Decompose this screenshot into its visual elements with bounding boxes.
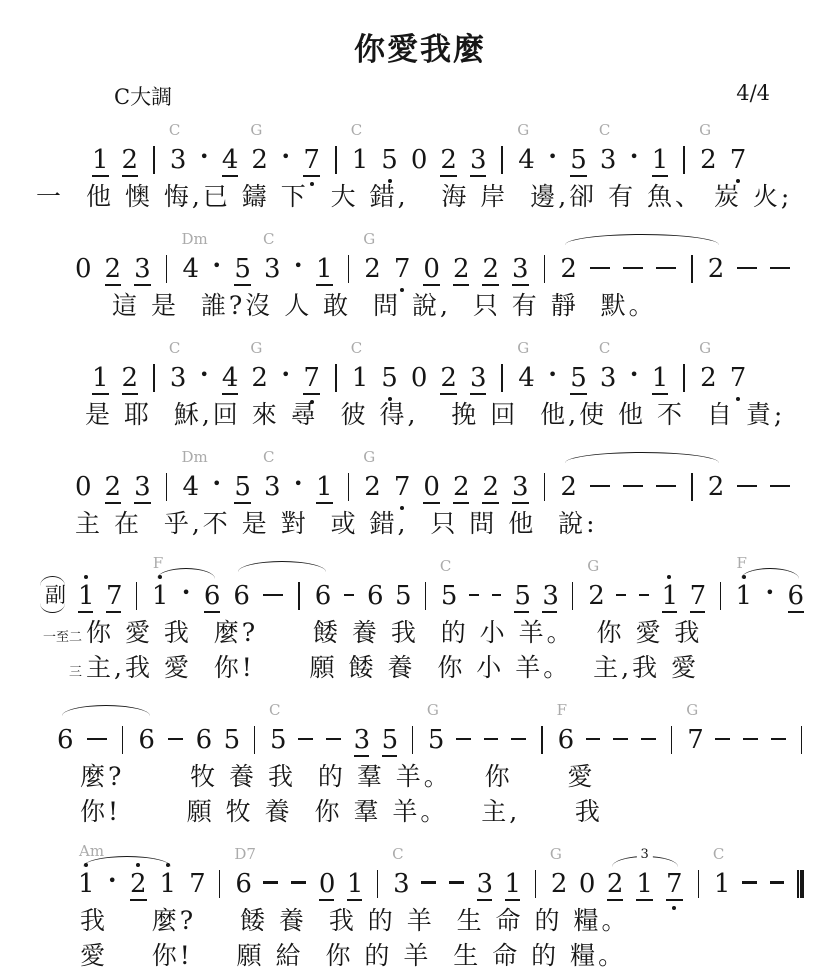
note-digit: 6 — [233, 581, 250, 611]
note: 2 — [482, 256, 499, 286]
note-digit: 0 — [423, 472, 440, 502]
note: 2G — [364, 256, 381, 283]
note: 0 — [75, 256, 92, 283]
note: 5 — [234, 474, 251, 504]
note: 6 — [57, 727, 74, 754]
notes-row: 123C•42G•71C50234G•53C•12G7 — [36, 113, 804, 177]
note: 2 — [440, 147, 457, 177]
note-digit: 3 — [170, 363, 187, 393]
barline — [348, 255, 350, 283]
note: 6 — [788, 583, 805, 613]
tie-group: 22 — [560, 467, 724, 501]
barline — [166, 255, 168, 283]
duration-dash — [771, 738, 786, 740]
chord-label: C — [269, 703, 280, 719]
tuplet-number: 3 — [637, 848, 653, 862]
note: 3 — [477, 871, 492, 901]
note-digit: 7 — [690, 581, 707, 611]
note: 1 — [505, 871, 520, 901]
duration-dash — [344, 594, 354, 596]
note: 1C — [352, 365, 369, 392]
duration-dash — [770, 267, 790, 269]
lyric-text: 你! 願 牧 養 你 羣 羊。 主, 我 — [80, 798, 603, 827]
note-digit: 1 — [92, 363, 109, 393]
note: 1C — [352, 147, 369, 174]
lyric-row: 我 麼? 餧 養 我 的 羊 生 命 的 糧。 — [36, 907, 804, 936]
note-digit: 3 — [264, 254, 281, 284]
note: 2G — [700, 147, 717, 174]
lyric-row: 你! 願 牧 養 你 羣 羊。 主, 我 — [36, 798, 804, 827]
note: 1 — [652, 365, 669, 395]
note-digit: 4 — [518, 145, 535, 175]
note: 7 — [394, 256, 411, 283]
lyric-row: 是 耶 穌,回 來 尋 彼 得, 挽 回 他,使 他 不 自 責; — [36, 401, 804, 430]
note: 2 — [560, 474, 577, 501]
meta-row: C大調 4/4 — [36, 81, 804, 111]
note-digit: 5 — [381, 363, 398, 393]
note-digit: 1 — [92, 145, 109, 175]
duration-dash — [469, 594, 479, 596]
note: 1 — [92, 147, 109, 177]
barline — [671, 726, 672, 754]
note: 3C — [264, 256, 281, 283]
note-digit: 3 — [600, 363, 617, 393]
chord-label: G — [517, 123, 529, 139]
duration-dash — [613, 738, 628, 740]
barline — [801, 726, 802, 754]
note-digit: 4 — [518, 363, 535, 393]
note: 7 — [394, 474, 411, 501]
octave-dot-low — [310, 182, 314, 186]
note: 2G — [588, 583, 603, 610]
note: 5 — [395, 583, 410, 610]
note-digit: 3 — [512, 472, 529, 502]
barline — [348, 473, 350, 501]
barline — [153, 146, 155, 174]
note-digit: 2 — [482, 472, 499, 502]
note: 2 — [122, 147, 139, 177]
duration-dash — [263, 594, 283, 596]
lyric-text: 他 懊 悔,已 鑄 下 大 錯, 海 岸 邊,卻 有 魚、 炭 火; — [86, 183, 792, 212]
note: 3C — [600, 147, 617, 174]
duration-dash — [326, 738, 341, 740]
note-digit: 2 — [122, 145, 139, 175]
note: 4Dm — [182, 256, 199, 283]
note-digit: 1 — [652, 145, 669, 175]
dot-separator: • — [294, 476, 303, 493]
duration-dash — [623, 267, 643, 269]
note-digit: 4 — [182, 472, 199, 502]
notes-row: 0234Dm•53C•12G7022322 — [36, 222, 804, 286]
chord-label: C — [713, 847, 724, 863]
barline — [122, 726, 124, 754]
note: 4G — [518, 147, 535, 174]
note: 1 — [636, 871, 653, 901]
note-digit: 7 — [303, 363, 320, 393]
note: 1 — [316, 474, 333, 504]
note-digit: 4 — [222, 145, 239, 175]
dot-separator: • — [212, 476, 221, 493]
dot-separator: • — [108, 873, 117, 890]
note-digit: 7 — [189, 869, 206, 899]
note: 2 — [708, 474, 725, 501]
note: 3 — [134, 256, 151, 286]
note: 5 — [381, 365, 398, 392]
chord-label: C — [392, 847, 403, 863]
barline — [572, 582, 573, 610]
barline — [335, 146, 337, 174]
duration-dash — [742, 881, 757, 883]
octave-dot-low — [388, 397, 392, 401]
note-digit: 1 — [160, 869, 177, 899]
octave-dot-high — [166, 863, 170, 867]
note-digit: 5 — [234, 254, 251, 284]
barline — [136, 582, 137, 610]
notes-row: 66655C355G6F7G — [36, 693, 804, 757]
note-digit: 7 — [730, 363, 747, 393]
chord-label: C — [263, 450, 274, 466]
chord-label: C — [351, 341, 362, 357]
note: 1 — [160, 871, 177, 898]
note-digit: 6 — [558, 725, 575, 755]
note-digit: 2 — [364, 472, 381, 502]
note-digit: 1 — [652, 363, 669, 393]
duration-dash — [511, 738, 526, 740]
note-digit: 3 — [354, 725, 371, 755]
note: 6 — [204, 583, 221, 613]
note-digit: 3 — [600, 145, 617, 175]
note-digit: 3 — [477, 869, 494, 899]
score-line: 副17F1•666655C532G17F1•6一至二你 愛 我 麼? 餧 養 我… — [36, 549, 804, 683]
score-line: 123C•42G•71C50234G•53C•12G7一他 懊 悔,已 鑄 下 … — [36, 113, 804, 212]
note-digit: 5 — [382, 725, 399, 755]
note-digit: 2 — [453, 254, 470, 284]
note: 6 — [315, 583, 332, 610]
barline — [254, 726, 255, 754]
note: 7 — [303, 365, 320, 395]
duration-dash — [656, 267, 676, 269]
lyric-text: 麼? 牧 養 我 的 羣 羊。 你 愛 — [80, 763, 595, 792]
note-digit: 2 — [122, 363, 139, 393]
score-line: 0234Dm•53C•12G7022322主 在 乎,不 是 對 或 錯, 只 … — [36, 440, 804, 539]
note-digit: 2 — [482, 254, 499, 284]
note: 2 — [122, 365, 139, 395]
note-digit: 6 — [57, 725, 74, 755]
note-digit: 2 — [440, 145, 457, 175]
dot-separator: • — [181, 585, 190, 602]
note-digit: 2 — [588, 581, 605, 611]
chord-label: G — [250, 341, 262, 357]
note: 2 — [440, 365, 457, 395]
duration-dash — [449, 881, 464, 883]
note: 0 — [411, 365, 428, 392]
verse-label: 一 — [36, 183, 82, 212]
note: 2G — [364, 474, 381, 501]
note: 6F — [558, 727, 573, 754]
note: 2 — [453, 474, 470, 504]
note: 3C — [170, 147, 187, 174]
note-digit: 3 — [170, 145, 187, 175]
note-digit: 0 — [423, 254, 440, 284]
barline — [501, 146, 503, 174]
note: 4G — [518, 365, 535, 392]
octave-dot-high — [742, 575, 746, 579]
chord-label: G — [587, 559, 599, 575]
note-digit: 4 — [182, 254, 199, 284]
octave-dot-high — [667, 575, 671, 579]
note-digit: 3 — [512, 254, 529, 284]
note: 0 — [319, 871, 334, 901]
chord-label: F — [737, 556, 747, 572]
dot-separator: • — [199, 367, 208, 384]
note: 6 — [367, 583, 382, 610]
note-digit: 2 — [453, 472, 470, 502]
chord-label: G — [699, 123, 711, 139]
note: 2G — [700, 365, 717, 392]
note: 5 — [224, 727, 239, 754]
duration-dash — [298, 738, 313, 740]
dot-separator: • — [294, 258, 303, 275]
chord-label: C — [351, 123, 362, 139]
score-line: Am1•2176D7013C312G032171C我 麼? 餧 養 我 的 羊 … — [36, 837, 804, 971]
verse-label: 三 — [36, 666, 82, 681]
octave-dot-low — [388, 179, 392, 183]
dot-separator: • — [548, 149, 557, 166]
note-digit: 1 — [352, 145, 369, 175]
lyric-text: 是 耶 穌,回 來 尋 彼 得, 挽 回 他,使 他 不 自 責; — [85, 401, 785, 430]
duration-dash — [623, 485, 643, 487]
duration-dash — [456, 738, 471, 740]
score-lines: 123C•42G•71C50234G•53C•12G7一他 懊 悔,已 鑄 下 … — [36, 113, 804, 971]
barline — [720, 582, 721, 610]
note-digit: 1 — [352, 363, 369, 393]
duration-dash — [770, 485, 790, 487]
note-digit: 3 — [134, 254, 151, 284]
note-digit: 1 — [78, 581, 95, 611]
tie-group: 22 — [560, 249, 724, 283]
note: 3C — [393, 871, 408, 898]
barline — [544, 255, 546, 283]
chord-label: C — [599, 341, 610, 357]
note: 3 — [470, 147, 487, 177]
note: 1C — [714, 871, 729, 898]
song-title: 你愛我麼 — [36, 24, 804, 69]
note-digit: 1 — [316, 472, 333, 502]
duration-dash — [590, 485, 610, 487]
chord-label: G — [363, 232, 375, 248]
duration-dash — [590, 267, 610, 269]
note: 1 — [92, 365, 109, 395]
barline — [683, 364, 685, 392]
octave-dot-high — [84, 575, 88, 579]
duration-dash — [641, 738, 656, 740]
note: 2 — [105, 474, 122, 504]
barline — [153, 364, 155, 392]
lyric-text: 你 愛 我 麼? 餧 養 我 的 小 羊。 你 愛 我 — [86, 619, 702, 648]
barline — [541, 726, 542, 754]
note-digit: 2 — [607, 869, 624, 899]
note: 2G — [251, 365, 268, 392]
note: 3C — [170, 365, 187, 392]
note: 2 — [105, 256, 122, 286]
tie-group: F1•6 — [152, 583, 221, 613]
note-digit: 1 — [714, 869, 731, 899]
note-digit: 6 — [204, 581, 221, 611]
barline — [412, 726, 413, 754]
dot-separator: • — [281, 367, 290, 384]
note: 7 — [690, 583, 705, 613]
duration-dash — [737, 267, 757, 269]
note: 1 — [652, 147, 669, 177]
note: 2 — [482, 474, 499, 504]
note-digit: 2 — [364, 254, 381, 284]
refrain-mark: 副 — [42, 584, 63, 606]
barline — [683, 146, 685, 174]
tie-group: F1•6 — [736, 583, 805, 613]
chord-label: G — [686, 703, 698, 719]
note: 3 — [512, 256, 529, 286]
note: 0 — [75, 474, 92, 501]
note: 1 — [316, 256, 333, 286]
chord-label: C — [440, 559, 451, 575]
note-digit: 7 — [666, 869, 683, 899]
note-digit: 2 — [105, 472, 122, 502]
note-digit: 5 — [514, 581, 531, 611]
octave-dot-low — [400, 506, 404, 510]
dot-separator: • — [199, 149, 208, 166]
note: 1 — [347, 871, 362, 901]
barline — [535, 870, 536, 898]
verse-label: 一至二 — [36, 631, 82, 646]
note-digit: 5 — [441, 581, 458, 611]
tie-group: 66 — [57, 720, 155, 754]
note: 7 — [106, 583, 121, 613]
note-digit: 7 — [687, 725, 704, 755]
barline — [691, 255, 693, 283]
note: 2 — [607, 871, 624, 901]
barline — [691, 473, 693, 501]
chord-label: C — [263, 232, 274, 248]
note: 6D7 — [235, 871, 250, 898]
duration-dash — [616, 594, 626, 596]
chord-label: C — [169, 123, 180, 139]
note: 4Dm — [182, 474, 199, 501]
lyric-row: 一至二你 愛 我 麼? 餧 養 我 的 小 羊。 你 愛 我 — [36, 619, 804, 648]
note-digit: 0 — [411, 145, 428, 175]
note: 1 — [152, 583, 169, 610]
barline — [425, 582, 426, 610]
lyric-row: 麼? 牧 養 我 的 羣 羊。 你 愛 — [36, 763, 804, 792]
note: 5 — [514, 583, 529, 613]
note: 1 — [662, 583, 677, 613]
duration-dash — [715, 738, 730, 740]
note-digit: 2 — [130, 869, 147, 899]
note: 6 — [196, 727, 211, 754]
note: 7 — [730, 147, 747, 174]
tie-group: 66 — [233, 576, 331, 610]
note-digit: 5 — [381, 145, 398, 175]
dot-separator: • — [281, 149, 290, 166]
note-digit: 3 — [470, 363, 487, 393]
notes-row: 副17F1•666655C532G17F1•6 — [36, 549, 804, 613]
tie-group: Am1•21 — [78, 871, 176, 901]
chord-label: Dm — [181, 450, 207, 466]
octave-dot-high — [136, 863, 140, 867]
note: 7 — [666, 871, 683, 901]
note-digit: 1 — [736, 581, 753, 611]
note: 3C — [600, 365, 617, 392]
duration-dash — [421, 881, 436, 883]
note-digit: 7 — [394, 472, 411, 502]
notes-row: Am1•2176D7013C312G032171C — [36, 837, 804, 901]
note: 3 — [470, 365, 487, 395]
barline — [377, 870, 378, 898]
notes-row: 0234Dm•53C•12G7022322 — [36, 440, 804, 504]
note-digit: 0 — [75, 254, 92, 284]
note: 7 — [189, 871, 204, 898]
key-signature: C大調 — [114, 81, 172, 111]
final-barline — [797, 870, 804, 898]
note-digit: 7 — [394, 254, 411, 284]
lyric-text: 主 在 乎,不 是 對 或 錯, 只 問 他 說: — [75, 510, 598, 539]
chord-label: G — [363, 450, 375, 466]
note: 2G — [251, 147, 268, 174]
note-digit: 5 — [234, 472, 251, 502]
duration-dash — [291, 881, 306, 883]
dot-separator: • — [629, 149, 638, 166]
score-line: 66655C355G6F7G麼? 牧 養 我 的 羣 羊。 你 愛你! 願 牧 … — [36, 693, 804, 827]
barline — [501, 364, 503, 392]
sheet-music-page: 你愛我麼 C大調 4/4 123C•42G•71C50234G•53C•12G7… — [0, 0, 840, 980]
note-digit: 副 — [45, 583, 66, 607]
chord-label: F — [557, 703, 567, 719]
note: 3C — [264, 474, 281, 501]
duration-dash — [87, 738, 107, 740]
note-digit: 5 — [570, 363, 587, 393]
note: 1 — [736, 583, 753, 610]
lyric-row: 三主,我 愛 你! 願 餧 養 你 小 羊。 主,我 愛 — [36, 654, 804, 683]
chord-label: G — [250, 123, 262, 139]
note: 5 — [381, 147, 398, 174]
octave-dot-high — [158, 575, 162, 579]
lyric-row: 這 是 誰?沒 人 敢 問 說, 只 有 靜 默。 — [36, 292, 804, 321]
note: 5G — [428, 727, 443, 754]
note: 5 — [382, 727, 397, 757]
note-digit: 3 — [542, 581, 559, 611]
chord-label: C — [169, 341, 180, 357]
note: 6 — [138, 727, 155, 754]
note: 5 — [570, 365, 587, 395]
note-digit: 3 — [134, 472, 151, 502]
duration-dash — [586, 738, 601, 740]
chord-label: G — [427, 703, 439, 719]
note-digit: 7 — [730, 145, 747, 175]
note-digit: 2 — [708, 472, 725, 502]
note: 2 — [708, 256, 725, 283]
tuplet-group: 3217 — [607, 871, 683, 901]
note: 2 — [453, 256, 470, 286]
note-digit: 0 — [319, 869, 336, 899]
note-digit: 5 — [395, 581, 412, 611]
note-digit: 1 — [662, 581, 679, 611]
chord-label: Dm — [181, 232, 207, 248]
score-line: 123C•42G•71C50234G•53C•12G7是 耶 穌,回 來 尋 彼… — [36, 331, 804, 430]
note-digit: 4 — [222, 363, 239, 393]
note-digit: 2 — [700, 363, 717, 393]
lyric-row: 主 在 乎,不 是 對 或 錯, 只 問 他 說: — [36, 510, 804, 539]
barline — [544, 473, 546, 501]
duration-dash — [743, 738, 758, 740]
